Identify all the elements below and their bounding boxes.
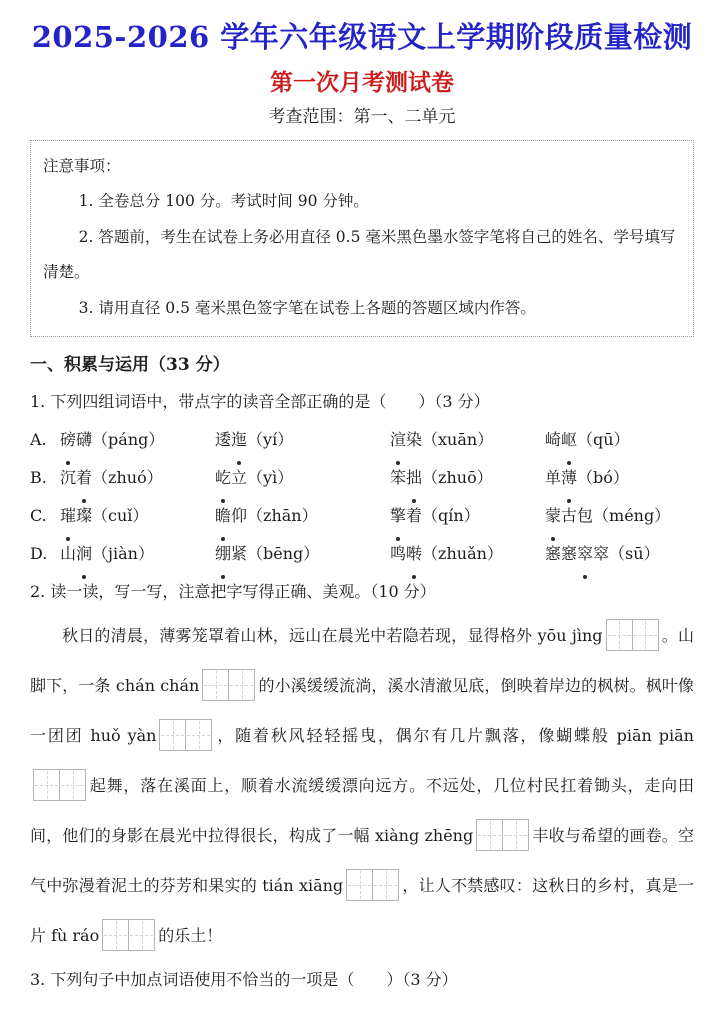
pinyin: （jiàn） xyxy=(92,544,154,563)
option-word: 笨拙（zhuō） xyxy=(390,459,545,497)
option-word: 绷紧（bēng） xyxy=(215,535,390,573)
q1-stem: 1. 下列四组词语中，带点字的读音全部正确的是（ ）（3 分） xyxy=(30,383,694,421)
notice-item: 1. 全卷总分 100 分。考试时间 90 分钟。 xyxy=(43,184,681,220)
grid-cell xyxy=(372,869,399,901)
option-row-c: C. 璀璨（cuǐ） 瞻仰（zhān） 擎着（qín） 蒙古包（méng） xyxy=(30,497,694,535)
writing-grid xyxy=(102,919,155,951)
option-word: 蒙古包（méng） xyxy=(545,497,694,535)
pinyin: （páng） xyxy=(92,430,164,449)
writing-grid xyxy=(606,619,659,651)
emphasized-char: 绷 xyxy=(215,535,231,573)
option-word: 屹立（yì） xyxy=(215,459,390,497)
option-label: A. xyxy=(30,421,60,459)
grid-cell xyxy=(228,669,255,701)
pinyin: （yì） xyxy=(247,468,293,487)
grid-cell xyxy=(128,919,155,951)
option-word: 窸窸窣窣（sū） xyxy=(545,535,694,573)
option-word: 沉着（zhuó） xyxy=(60,459,215,497)
writing-grid xyxy=(33,769,86,801)
grid-cell xyxy=(202,669,229,701)
option-word: 瞻仰（zhān） xyxy=(215,497,390,535)
pinyin: （zhuó） xyxy=(92,468,163,487)
q2-stem: 2. 读一读，写一写，注意把字写得正确、美观。（10 分） xyxy=(30,573,694,611)
writing-grid xyxy=(202,669,255,701)
option-label: B. xyxy=(30,459,60,497)
option-word: 山涧（jiàn） xyxy=(60,535,215,573)
grid-cell xyxy=(346,869,373,901)
emphasized-char: 迤 xyxy=(231,421,247,459)
section-heading: 一、积累与运用（33 分） xyxy=(30,347,694,383)
notice-item: 3. 请用直径 0.5 毫米黑色签字笔在试卷上各题的答题区域内作答。 xyxy=(43,291,681,327)
notice-item: 2. 答题前，考生在试卷上务必用直径 0.5 毫米黑色墨水签字笔将自己的姓名、学… xyxy=(43,220,681,291)
pinyin: （xuān） xyxy=(422,430,493,449)
option-row-a: A. 磅礴（páng） 逶迤（yí） 渲染（xuān） 崎岖（qū） xyxy=(30,421,694,459)
grid-cell xyxy=(185,719,212,751)
emphasized-char: 屹 xyxy=(215,459,231,497)
pinyin: （zhuō） xyxy=(422,468,493,487)
emphasized-char: 璀 xyxy=(60,497,76,535)
emphasized-char: 擎 xyxy=(390,497,406,535)
grid-cell xyxy=(33,769,60,801)
pinyin: （bēng） xyxy=(247,544,319,563)
emphasized-char: 岖 xyxy=(561,421,577,459)
passage-segment: ，随着秋风轻轻摇曳，偶尔有几片飘落，像蝴蝶般 piān piān xyxy=(215,726,694,745)
option-word: 磅礴（páng） xyxy=(60,421,215,459)
pinyin: （sū） xyxy=(609,544,660,563)
option-word: 单薄（bó） xyxy=(545,459,694,497)
pinyin: （zhuǎn） xyxy=(422,544,503,563)
grid-cell xyxy=(159,719,186,751)
writing-grid xyxy=(346,869,399,901)
emphasized-char: 渲 xyxy=(390,421,406,459)
emphasized-char: 着 xyxy=(76,459,92,497)
notice-heading: 注意事项： xyxy=(43,149,681,185)
q3-stem: 3. 下列句子中加点词语使用不恰当的一项是（ ）（3 分） xyxy=(30,961,694,999)
emphasized-char: 啭 xyxy=(406,535,422,573)
emphasized-char: 窣 xyxy=(577,535,593,573)
pinyin: （méng） xyxy=(593,506,670,525)
pinyin: （qín） xyxy=(422,506,480,525)
grid-cell xyxy=(102,919,129,951)
q2-passage: 秋日的清晨，薄雾笼罩着山林，远山在晨光中若隐若现，显得格外 yōu jìng。山… xyxy=(30,611,694,961)
grid-cell xyxy=(59,769,86,801)
option-label: C. xyxy=(30,497,60,535)
emphasized-char: 磅 xyxy=(60,421,76,459)
option-row-b: B. 沉着（zhuó） 屹立（yì） 笨拙（zhuō） 单薄（bó） xyxy=(30,459,694,497)
pinyin: （qū） xyxy=(577,430,630,449)
grid-cell xyxy=(632,619,659,651)
option-word: 逶迤（yí） xyxy=(215,421,390,459)
passage-segment: 秋日的清晨，薄雾笼罩着山林，远山在晨光中若隐若现，显得格外 yōu jìng xyxy=(62,626,603,645)
option-word: 鸣啭（zhuǎn） xyxy=(390,535,545,573)
option-word: 璀璨（cuǐ） xyxy=(60,497,215,535)
option-label: D. xyxy=(30,535,60,573)
emphasized-char: 蒙 xyxy=(545,497,561,535)
scope-line: 考查范围：第一、二单元 xyxy=(30,106,694,130)
notice-box: 注意事项： 1. 全卷总分 100 分。考试时间 90 分钟。 2. 答题前，考… xyxy=(30,140,694,338)
exam-paper: 2025-2026 学年六年级语文上学期阶段质量检测 第一次月考测试卷 考查范围… xyxy=(0,0,724,1024)
emphasized-char: 薄 xyxy=(561,459,577,497)
option-word: 崎岖（qū） xyxy=(545,421,694,459)
option-row-d: D. 山涧（jiàn） 绷紧（bēng） 鸣啭（zhuǎn） 窸窸窣窣（sū） xyxy=(30,535,694,573)
emphasized-char: 涧 xyxy=(76,535,92,573)
emphasized-char: 拙 xyxy=(406,459,422,497)
option-word: 渲染（xuān） xyxy=(390,421,545,459)
emphasized-char: 瞻 xyxy=(215,497,231,535)
exam-title: 2025-2026 学年六年级语文上学期阶段质量检测 xyxy=(30,18,694,57)
pinyin: （cuǐ） xyxy=(92,506,148,525)
writing-grid xyxy=(159,719,212,751)
grid-cell xyxy=(502,819,529,851)
pinyin: （bó） xyxy=(577,468,629,487)
passage-segment: 的乐土！ xyxy=(158,926,222,945)
writing-grid xyxy=(476,819,529,851)
grid-cell xyxy=(476,819,503,851)
option-word: 擎着（qín） xyxy=(390,497,545,535)
pinyin: （yí） xyxy=(247,430,293,449)
exam-subtitle: 第一次月考测试卷 xyxy=(30,67,694,98)
grid-cell xyxy=(606,619,633,651)
pinyin: （zhān） xyxy=(247,506,318,525)
